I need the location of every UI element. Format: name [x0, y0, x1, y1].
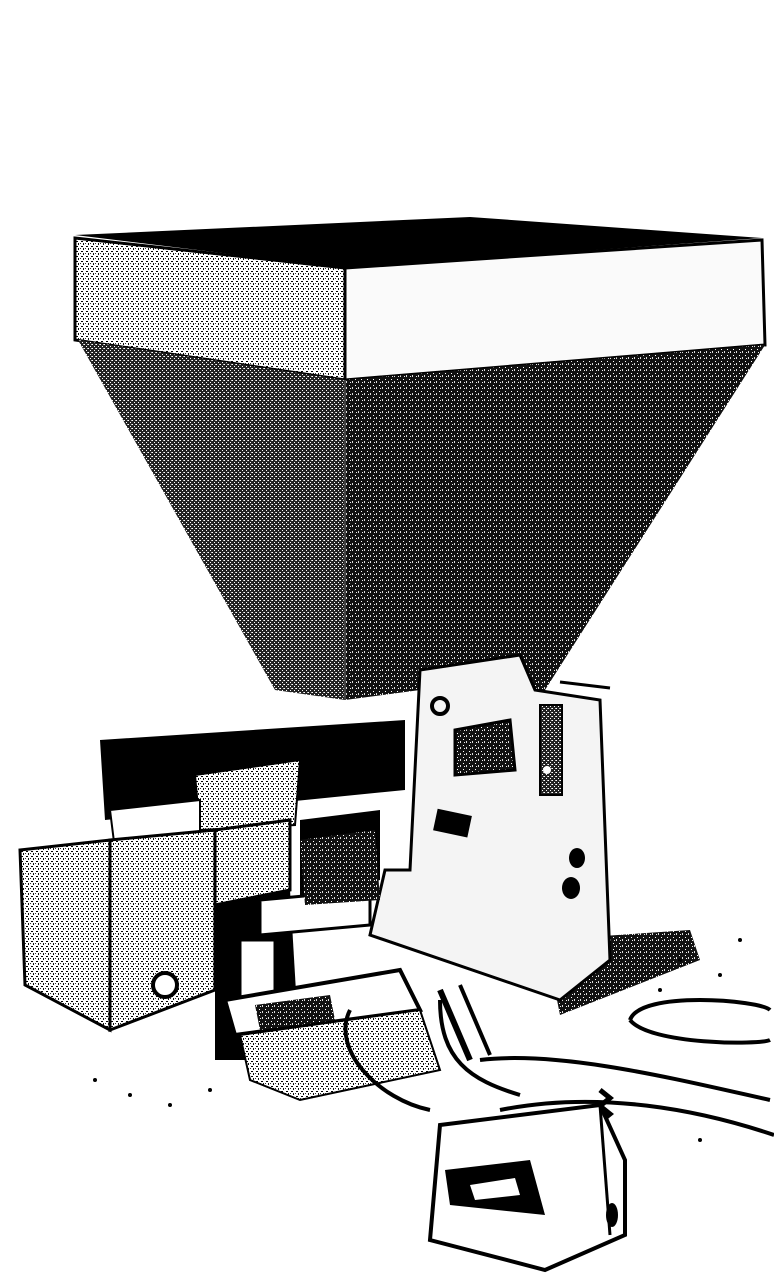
knob-upper [569, 848, 585, 868]
knob-lower [562, 877, 580, 899]
machine-photo [0, 0, 774, 1273]
hopper [75, 217, 765, 700]
foot-pedal [430, 1105, 625, 1270]
